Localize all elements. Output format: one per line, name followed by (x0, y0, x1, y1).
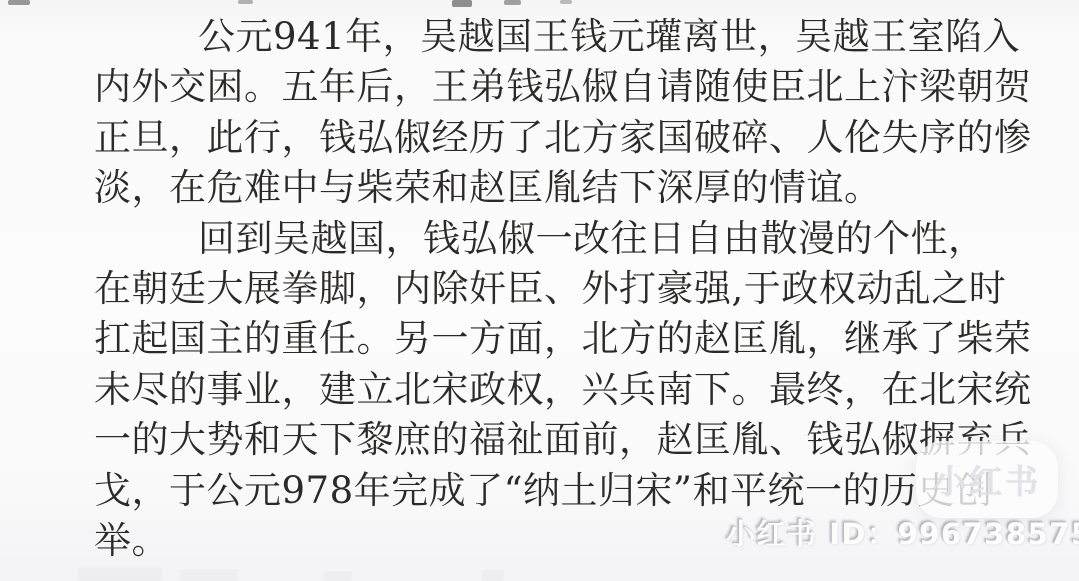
cropped-text-fragment (180, 569, 238, 581)
cropped-text-fragment (238, 0, 253, 4)
article-text: 公元941年，吴越国王钱元瓘离世，吴越王室陷入 内外交困。五年后，王弟钱弘俶自请… (94, 12, 1004, 566)
xiaohongshu-id-watermark: 小红书 ID：996738575 (726, 512, 1079, 553)
text-line: 公元941年，吴越国王钱元瓘离世，吴越王室陷入 (94, 12, 1004, 62)
text-line: 正旦，此行，钱弘俶经历了北方家国破碎、人伦失序的惨 (94, 113, 1004, 163)
text-line: 一的大势和天下黎庶的福祉面前，赵匡胤、钱弘俶摒弃兵 (94, 415, 1004, 465)
photographed-text-page: 公元941年，吴越国王钱元瓘离世，吴越王室陷入 内外交困。五年后，王弟钱弘俶自请… (0, 0, 1079, 581)
text-line: 未尽的事业，建立北宋政权，兴兵南下。最终，在北宋统 (94, 365, 1004, 415)
text-line: 回到吴越国，钱弘俶一改往日自由散漫的个性， (94, 214, 1004, 264)
text-line: 在朝廷大展拳脚，内除奸臣、外打豪强,于政权动乱之时 (94, 264, 1004, 314)
cropped-text-fragment (560, 0, 572, 4)
cropped-text-fragment (452, 0, 472, 7)
cropped-text-fragment (78, 567, 162, 581)
xiaohongshu-logo-text: 小红书 (933, 456, 1041, 503)
text-line: 内外交困。五年后，王弟钱弘俶自请随使臣北上汴梁朝贺 (94, 62, 1004, 112)
cropped-text-fragment (8, 0, 30, 5)
text-line: 扛起国主的重任。另一方面，北方的赵匡胤，继承了柴荣 (94, 314, 1004, 364)
text-line: 淡，在危难中与柴荣和赵匡胤结下深厚的情谊。 (94, 163, 1004, 213)
xiaohongshu-logo-watermark: 小红书 (916, 441, 1058, 518)
cropped-text-fragment (482, 570, 504, 581)
cropped-text-fragment (504, 0, 521, 5)
text-line: 戈，于公元978年完成了“纳土归宋”和平统一的历史创 (94, 466, 1004, 516)
cropped-text-fragment (324, 571, 352, 581)
